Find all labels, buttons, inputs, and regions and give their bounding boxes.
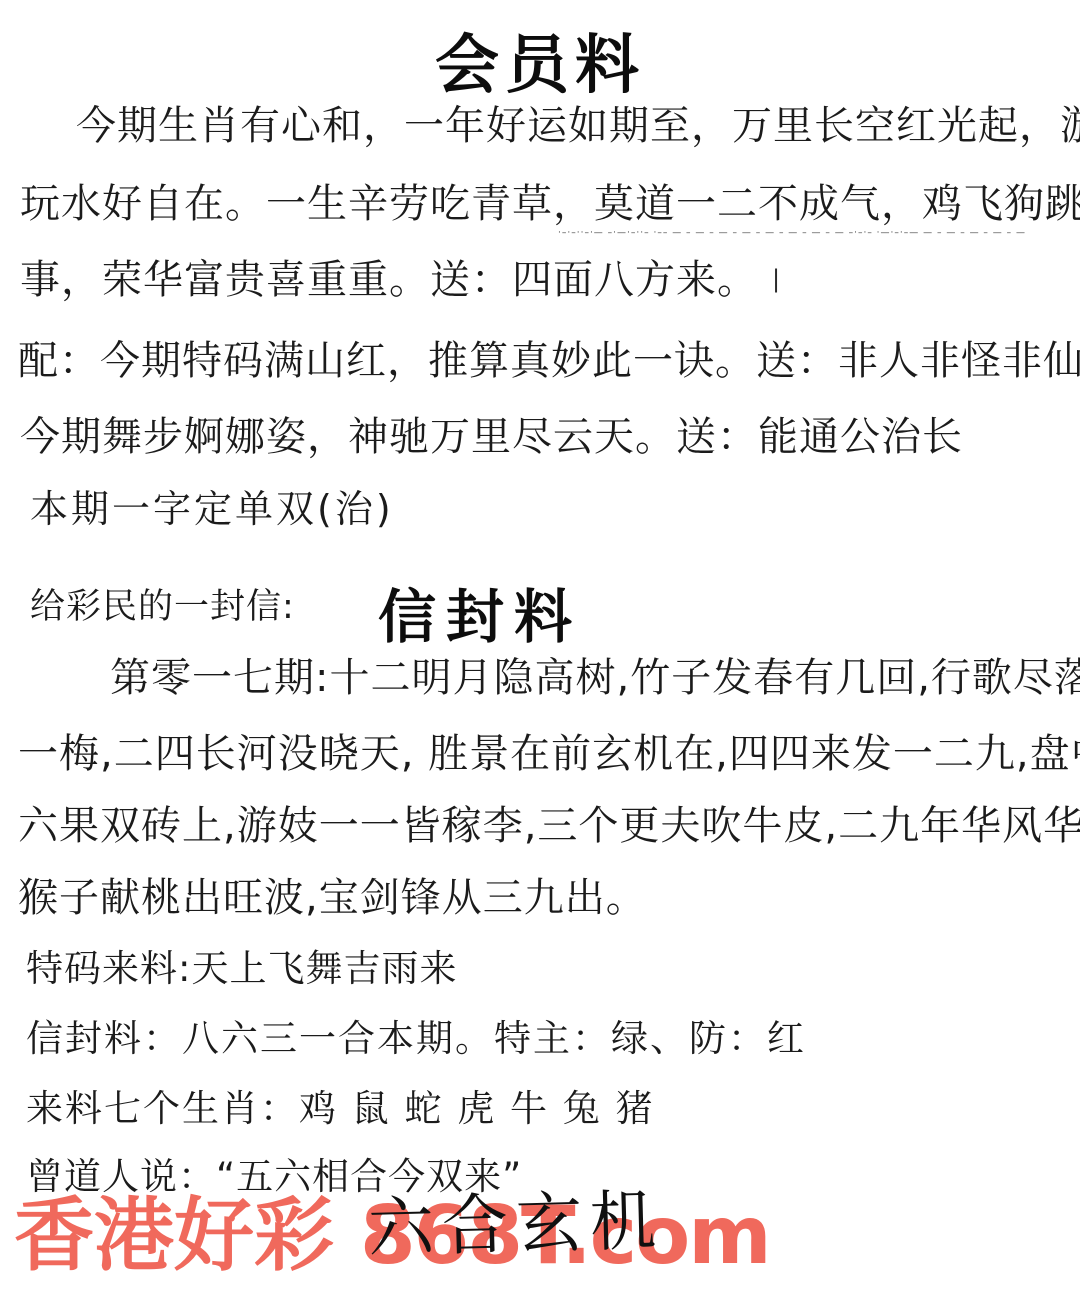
tip-envelope: 信封料：八六三一合本期。特主：绿、防：红 bbox=[26, 1020, 806, 1057]
brand-watermark: 香港好彩 bbox=[14, 1189, 334, 1282]
tip-special-code: 特码来料:天上飞舞吉雨来 bbox=[26, 950, 457, 987]
stray-mark: | bbox=[772, 265, 781, 293]
member-line-5: 今期舞步婀娜姿，神驰万里尽云天。送：能通公治长 bbox=[20, 417, 963, 457]
member-section-title: 会员料 bbox=[0, 14, 1080, 106]
envelope-section-title: 信封料 bbox=[378, 570, 582, 654]
handwriting-overlay: 六合玄机 bbox=[367, 1188, 665, 1262]
member-line-6: 本期一字定单双(治) bbox=[30, 490, 394, 528]
envelope-line-3: 六果双砖上,游妓一一皆稼李,三个更夫吹牛皮,二九年华风华茂, bbox=[18, 806, 1080, 846]
member-line-3-text: 事，荣华富贵喜重重。送：四面八方来。 bbox=[20, 257, 758, 303]
member-line-1: 今期生肖有心和，一年好运如期至，万里长空红光起，游山 bbox=[76, 106, 1080, 146]
envelope-line-2: 一梅,二四长河没晓天, 胜景在前玄机在,四四来发一二九,盘中 bbox=[18, 734, 1080, 774]
scanned-tip-sheet: 会员料 今期生肖有心和，一年好运如期至，万里长空红光起，游山 玩水好自在。一生辛… bbox=[0, 0, 1080, 1300]
scan-artifact-text: ·–·–··–·— –·—·–··– ·–– — – — – — – — – —… bbox=[558, 229, 1028, 238]
envelope-line-1: 第零一七期:十二明月隐高树,竹子发春有几回,行歌尽落二 bbox=[110, 658, 1080, 698]
member-line-3: 事，荣华富贵喜重重。送：四面八方来。| bbox=[20, 260, 781, 300]
envelope-prefix: 给彩民的一封信: bbox=[30, 590, 295, 625]
member-line-2: 玩水好自在。一生辛劳吃青草，莫道一二不成气，鸡飞狗跳非常 bbox=[20, 184, 1080, 224]
member-line-4: 配：今期特码满山红，推算真妙此一诀。送：非人非怪非仙。 bbox=[18, 341, 1080, 381]
envelope-line-4: 猴子献桃出旺波,宝剑锋从三九出。 bbox=[18, 878, 647, 918]
tip-zodiac: 来料七个生肖：鸡 鼠 蛇 虎 牛 兔 猪 bbox=[26, 1090, 655, 1127]
